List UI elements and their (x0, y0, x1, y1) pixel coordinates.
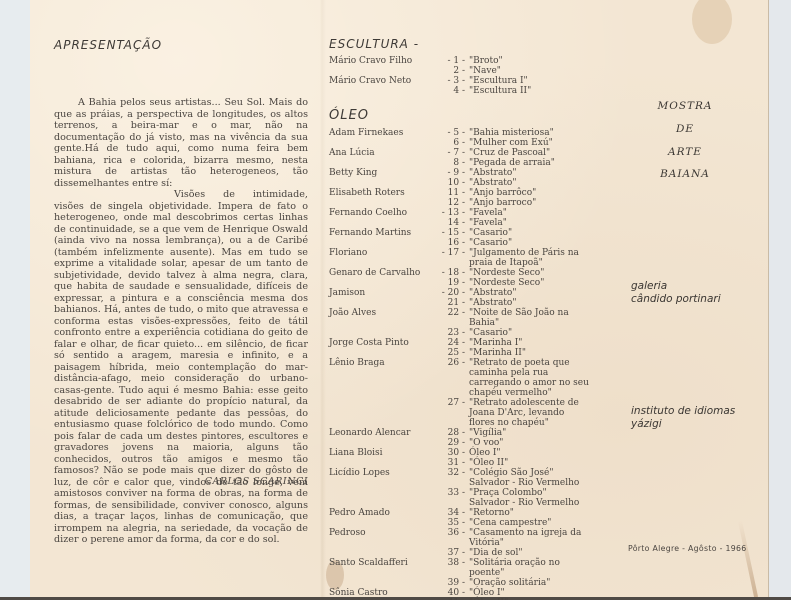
artwork-title: "Abstrato" (469, 298, 589, 308)
artwork-item: 2 -"Nave" (432, 66, 589, 76)
artwork-number: 16 - (432, 238, 469, 248)
artwork-item: - 17 -"Julgamento de Páris na praia de I… (432, 248, 589, 268)
artwork-item: 19 -"Nordeste Seco" (432, 278, 589, 288)
exhibition-title-line-1: MOSTRA (630, 100, 740, 112)
artwork-list: 26 -"Retrato de poeta que caminha pela r… (432, 358, 589, 428)
catalog-entry: Ana Lúcia- 7 -"Cruz de Pascoal"8 -"Pegad… (329, 148, 589, 168)
artist-name: Ana Lúcia (329, 148, 432, 168)
catalog-entry: Elisabeth Roters11 -"Anjo barrôco"12 -"A… (329, 188, 589, 208)
artwork-item: - 15 -"Casario" (432, 228, 589, 238)
artwork-item: 22 -"Noite de São João na Bahia" (432, 308, 589, 328)
artwork-number: 33 - (432, 488, 469, 508)
artwork-item: 16 -"Casario" (432, 238, 589, 248)
artwork-item: 21 -"Abstrato" (432, 298, 589, 308)
artist-name: Jamison (329, 288, 432, 308)
artist-name: Elisabeth Roters (329, 188, 432, 208)
catalog-entry: Mário Cravo Filho- 1 -"Broto"2 -"Nave" (329, 56, 589, 76)
artwork-item: - 9 -"Abstrato" (432, 168, 589, 178)
artwork-title: "Julgamento de Páris na praia de Itapoã" (469, 248, 589, 268)
artwork-title: "Colégio São José" Salvador - Rio Vermel… (469, 468, 589, 488)
artwork-number: - 9 - (432, 168, 469, 178)
artwork-title: Óleo I" (469, 448, 589, 458)
artwork-list: - 3 -"Escultura I"4 -"Escultura II" (432, 76, 589, 96)
artist-name: Fernando Martins (329, 228, 432, 248)
artwork-item: - 3 -"Escultura I" (432, 76, 589, 86)
artwork-number: 26 - (432, 358, 469, 398)
artwork-list: - 20 -"Abstrato"21 -"Abstrato" (432, 288, 589, 308)
artwork-title: "Nordeste Seco" (469, 268, 589, 278)
artwork-number: 2 - (432, 66, 469, 76)
artist-name: Lênio Braga (329, 358, 432, 428)
institute-name: instituto de idiomas yázigi (631, 405, 735, 431)
artwork-list: 24 -"Marinha I"25 -"Marinha II" (432, 338, 589, 358)
artwork-item: 14 -"Favela" (432, 218, 589, 228)
artwork-title: "Abstrato" (469, 168, 589, 178)
artwork-list: - 5 -"Bahia misteriosa"6 -"Mulher com Ex… (432, 128, 589, 148)
catalog-entry: Mário Cravo Neto- 3 -"Escultura I"4 -"Es… (329, 76, 589, 96)
artwork-item: 34 -"Retorno" (432, 508, 589, 518)
artwork-list: 34 -"Retorno"35 -"Cena campestre" (432, 508, 589, 528)
paper-stain (692, 0, 732, 44)
artwork-list: - 15 -"Casario"16 -"Casario" (432, 228, 589, 248)
artist-name: Liana Bloisi (329, 448, 432, 468)
gallery-name: galeria cândido portinari (631, 280, 721, 306)
artwork-item: 28 -"Vigília" (432, 428, 589, 438)
artwork-title: "Solitária oração no poente" (469, 558, 589, 578)
artwork-number: - 3 - (432, 76, 469, 86)
artwork-number: - 5 - (432, 128, 469, 138)
artwork-item: - 20 -"Abstrato" (432, 288, 589, 298)
artwork-item: 40 -"Óleo I" (432, 588, 589, 598)
artwork-list: - 9 -"Abstrato"10 -"Abstrato" (432, 168, 589, 188)
artwork-title: "Marinha I" (469, 338, 589, 348)
artwork-item: 31 -"Óleo II" (432, 458, 589, 468)
artwork-number: 10 - (432, 178, 469, 188)
artwork-list: - 7 -"Cruz de Pascoal"8 -"Pegada de arra… (432, 148, 589, 168)
artwork-list: - 18 -"Nordeste Seco"19 -"Nordeste Seco" (432, 268, 589, 288)
artwork-item: 37 -"Dia de sol" (432, 548, 589, 558)
catalog-entry: Sônia Castro40 -"Óleo I"41 -"Óleo II" (329, 588, 589, 600)
artwork-item: - 18 -"Nordeste Seco" (432, 268, 589, 278)
artwork-title: "Escultura I" (469, 76, 589, 86)
artwork-number: 27 - (432, 398, 469, 428)
artwork-item: 8 -"Pegada de arraia" (432, 158, 589, 168)
artist-name: Sônia Castro (329, 588, 432, 600)
artist-name: Genaro de Carvalho (329, 268, 432, 288)
artwork-number: 35 - (432, 518, 469, 528)
artwork-title: "Favela" (469, 208, 589, 218)
artwork-title: "Oração solitária" (469, 578, 589, 588)
catalog-entry: Leonardo Alencar28 -"Vigília"29 -"O voo" (329, 428, 589, 448)
artwork-number: 31 - (432, 458, 469, 468)
artwork-list: - 13 -"Favela"14 -"Favela" (432, 208, 589, 228)
author-signature: CARLOS SCARINCI (180, 476, 308, 487)
presentation-heading: APRESENTAÇÃO (54, 38, 162, 52)
artwork-title: "Casario" (469, 238, 589, 248)
artist-name: Pedroso (329, 528, 432, 558)
artwork-title: "Praça Colombo" Salvador - Rio Vermelho (469, 488, 589, 508)
catalog-entry: Jorge Costa Pinto24 -"Marinha I"25 -"Mar… (329, 338, 589, 358)
artist-name: Floriano (329, 248, 432, 268)
catalog-entry: Lênio Braga26 -"Retrato de poeta que cam… (329, 358, 589, 428)
artist-name: Fernando Coelho (329, 208, 432, 228)
artwork-number: - 20 - (432, 288, 469, 298)
artist-name: Santo Scaldafferi (329, 558, 432, 588)
artwork-number: 23 - (432, 328, 469, 338)
artwork-item: 35 -"Cena campestre" (432, 518, 589, 528)
artwork-title: "Retrato adolescente de Joana D'Arc, lev… (469, 398, 589, 428)
artwork-list: 40 -"Óleo I"41 -"Óleo II" (432, 588, 589, 600)
artwork-title: "Retrato de poeta que caminha pela rua c… (469, 358, 589, 398)
escultura-heading: ESCULTURA - (329, 37, 419, 51)
artwork-list: 22 -"Noite de São João na Bahia"23 -"Cas… (432, 308, 589, 338)
artist-name: Pedro Amado (329, 508, 432, 528)
artwork-title: "O voo" (469, 438, 589, 448)
catalog-entry: Betty King- 9 -"Abstrato"10 -"Abstrato" (329, 168, 589, 188)
institute-line-2: yázigi (631, 418, 735, 431)
artwork-number: 8 - (432, 158, 469, 168)
artwork-item: 32 -"Colégio São José" Salvador - Rio Ve… (432, 468, 589, 488)
artwork-item: 38 -"Solitária oração no poente" (432, 558, 589, 578)
artwork-item: - 5 -"Bahia misteriosa" (432, 128, 589, 138)
artwork-item: 29 -"O voo" (432, 438, 589, 448)
presentation-paragraph-2: Visões de intimidade, visões de singela … (54, 189, 308, 546)
artwork-title: "Cena campestre" (469, 518, 589, 528)
artwork-number: 22 - (432, 308, 469, 328)
artwork-title: "Abstrato" (469, 178, 589, 188)
artist-name: Adam Firnekaes (329, 128, 432, 148)
artwork-item: - 7 -"Cruz de Pascoal" (432, 148, 589, 158)
artwork-title: "Vigília" (469, 428, 589, 438)
artwork-list: - 17 -"Julgamento de Páris na praia de I… (432, 248, 589, 268)
artwork-title: "Noite de São João na Bahia" (469, 308, 589, 328)
artwork-number: - 18 - (432, 268, 469, 278)
artwork-title: "Retorno" (469, 508, 589, 518)
exhibition-title-line-4: BAIANA (630, 168, 740, 180)
artist-name: Leonardo Alencar (329, 428, 432, 448)
artwork-item: 33 -"Praça Colombo" Salvador - Rio Verme… (432, 488, 589, 508)
artwork-item: 26 -"Retrato de poeta que caminha pela r… (432, 358, 589, 398)
artwork-title: "Anjo barroco" (469, 198, 589, 208)
artist-name: João Alves (329, 308, 432, 338)
catalog-entry: Licídio Lopes32 -"Colégio São José" Salv… (329, 468, 589, 508)
artwork-number: 12 - (432, 198, 469, 208)
artwork-number: - 7 - (432, 148, 469, 158)
artwork-item: 25 -"Marinha II" (432, 348, 589, 358)
artwork-item: 39 -"Oração solitária" (432, 578, 589, 588)
artwork-list: 32 -"Colégio São José" Salvador - Rio Ve… (432, 468, 589, 508)
artwork-item: 23 -"Casario" (432, 328, 589, 338)
catalog-entry: Jamison- 20 -"Abstrato"21 -"Abstrato" (329, 288, 589, 308)
artwork-item: 30 -Óleo I" (432, 448, 589, 458)
artwork-number: 32 - (432, 468, 469, 488)
artwork-title: "Pegada de arraia" (469, 158, 589, 168)
catalog-entry: Fernando Coelho- 13 -"Favela"14 -"Favela… (329, 208, 589, 228)
artwork-item: - 13 -"Favela" (432, 208, 589, 218)
artwork-number: - 15 - (432, 228, 469, 238)
artwork-number: - 17 - (432, 248, 469, 268)
artwork-number: 4 - (432, 86, 469, 96)
artwork-number: - 13 - (432, 208, 469, 218)
artwork-item: 6 -"Mulher com Exú" (432, 138, 589, 148)
artwork-title: "Óleo II" (469, 458, 589, 468)
artist-name: Jorge Costa Pinto (329, 338, 432, 358)
artwork-list: 38 -"Solitária oração no poente"39 -"Ora… (432, 558, 589, 588)
artwork-number: 30 - (432, 448, 469, 458)
gallery-line-2: cândido portinari (631, 293, 721, 306)
catalog-entry: Pedro Amado34 -"Retorno"35 -"Cena campes… (329, 508, 589, 528)
artwork-item: 11 -"Anjo barrôco" (432, 188, 589, 198)
institute-line-1: instituto de idiomas (631, 405, 735, 418)
artwork-title: "Favela" (469, 218, 589, 228)
artwork-title: "Nordeste Seco" (469, 278, 589, 288)
artwork-item: 10 -"Abstrato" (432, 178, 589, 188)
oleo-heading: ÓLEO (329, 108, 369, 123)
artwork-number: - 1 - (432, 56, 469, 66)
artwork-title: "Casario" (469, 328, 589, 338)
artwork-title: "Anjo barrôco" (469, 188, 589, 198)
artwork-number: 11 - (432, 188, 469, 198)
artwork-number: 34 - (432, 508, 469, 518)
paper-crease (738, 520, 758, 597)
location-date-footer: Pôrto Alegre - Agôsto - 1966 (628, 544, 747, 553)
artwork-number: 39 - (432, 578, 469, 588)
gallery-line-1: galeria (631, 280, 721, 293)
catalog-entry: Fernando Martins- 15 -"Casario"16 -"Casa… (329, 228, 589, 248)
artwork-number: 19 - (432, 278, 469, 288)
artwork-list: 28 -"Vigília"29 -"O voo" (432, 428, 589, 448)
catalog-entry: Adam Firnekaes- 5 -"Bahia misteriosa"6 -… (329, 128, 589, 148)
artwork-number: 38 - (432, 558, 469, 578)
artwork-number: 21 - (432, 298, 469, 308)
artwork-number: 40 - (432, 588, 469, 598)
artist-name: Mário Cravo Filho (329, 56, 432, 76)
artwork-item: 24 -"Marinha I" (432, 338, 589, 348)
artwork-number: 6 - (432, 138, 469, 148)
artwork-list: - 1 -"Broto"2 -"Nave" (432, 56, 589, 76)
oleo-list: Adam Firnekaes- 5 -"Bahia misteriosa"6 -… (329, 128, 589, 600)
artwork-number: 24 - (432, 338, 469, 348)
artwork-list: 36 -"Casamento na igreja da Vitória"37 -… (432, 528, 589, 558)
artwork-number: 37 - (432, 548, 469, 558)
artwork-item: 27 -"Retrato adolescente de Joana D'Arc,… (432, 398, 589, 428)
artwork-number: 25 - (432, 348, 469, 358)
artwork-title: "Mulher com Exú" (469, 138, 589, 148)
background-left-strip (0, 0, 30, 600)
artwork-title: "Casamento na igreja da Vitória" (469, 528, 589, 548)
catalog-entry: João Alves22 -"Noite de São João na Bahi… (329, 308, 589, 338)
artwork-title: "Dia de sol" (469, 548, 589, 558)
artwork-list: 30 -Óleo I"31 -"Óleo II" (432, 448, 589, 468)
artist-name: Betty King (329, 168, 432, 188)
artwork-title: "Casario" (469, 228, 589, 238)
presentation-paragraph-1: A Bahia pelos seus artistas... Seu Sol. … (54, 97, 308, 189)
artwork-title: "Broto" (469, 56, 589, 66)
artwork-title: "Bahia misteriosa" (469, 128, 589, 138)
artwork-title: "Nave" (469, 66, 589, 76)
catalog-entry: Floriano- 17 -"Julgamento de Páris na pr… (329, 248, 589, 268)
escultura-list: Mário Cravo Filho- 1 -"Broto"2 -"Nave"Má… (329, 56, 589, 96)
artwork-title: "Óleo I" (469, 588, 589, 598)
exhibition-title-line-3: ARTE (630, 146, 740, 158)
artwork-item: 36 -"Casamento na igreja da Vitória" (432, 528, 589, 548)
artwork-title: "Abstrato" (469, 288, 589, 298)
catalog-entry: Genaro de Carvalho- 18 -"Nordeste Seco"1… (329, 268, 589, 288)
artwork-title: "Marinha II" (469, 348, 589, 358)
artwork-number: 36 - (432, 528, 469, 548)
artist-name: Licídio Lopes (329, 468, 432, 508)
artist-name: Mário Cravo Neto (329, 76, 432, 96)
artwork-item: 12 -"Anjo barroco" (432, 198, 589, 208)
exhibition-title-line-2: DE (630, 123, 740, 135)
artwork-number: 14 - (432, 218, 469, 228)
artwork-item: 4 -"Escultura II" (432, 86, 589, 96)
artwork-list: 11 -"Anjo barrôco"12 -"Anjo barroco" (432, 188, 589, 208)
artwork-item: - 1 -"Broto" (432, 56, 589, 66)
catalog-entry: Pedroso36 -"Casamento na igreja da Vitór… (329, 528, 589, 558)
catalog-entry: Liana Bloisi30 -Óleo I"31 -"Óleo II" (329, 448, 589, 468)
artwork-number: 29 - (432, 438, 469, 448)
catalog-entry: Santo Scaldafferi38 -"Solitária oração n… (329, 558, 589, 588)
artwork-number: 28 - (432, 428, 469, 438)
artwork-title: "Cruz de Pascoal" (469, 148, 589, 158)
artwork-title: "Escultura II" (469, 86, 589, 96)
